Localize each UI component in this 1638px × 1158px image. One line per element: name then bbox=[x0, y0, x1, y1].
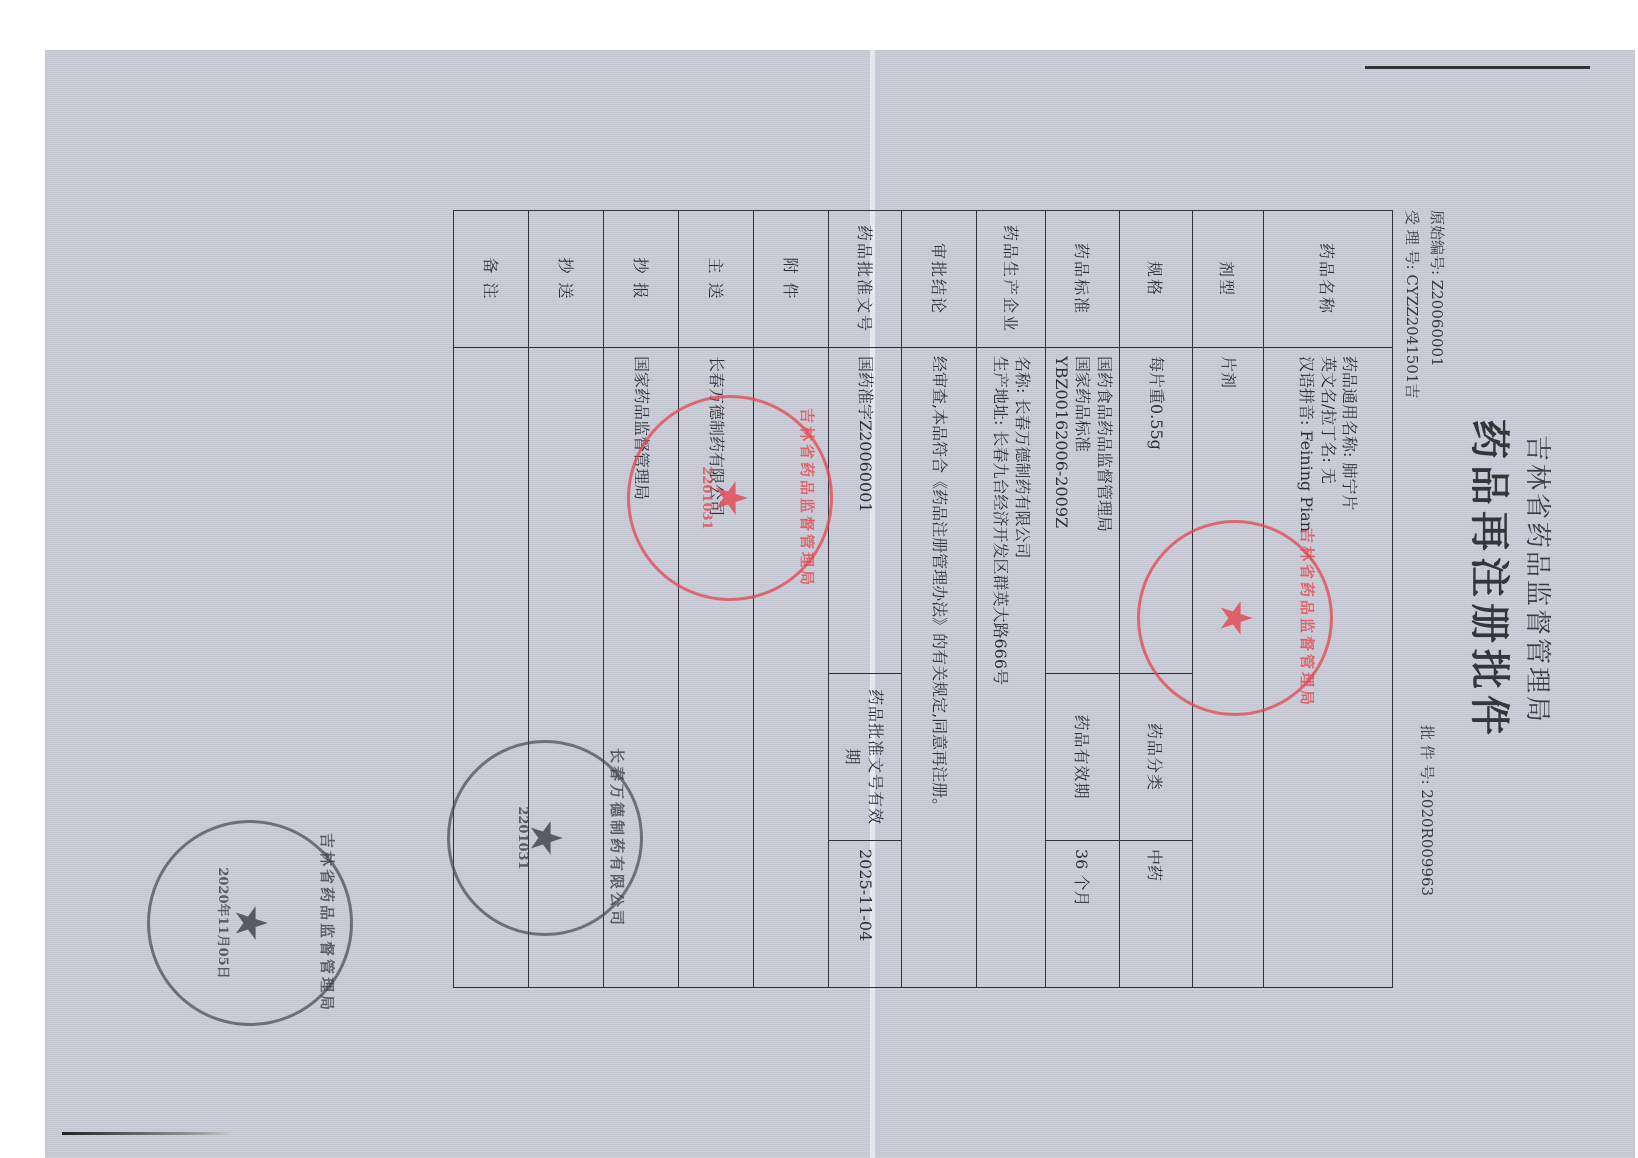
original-number: 原始编号: Z20060001 bbox=[1427, 210, 1448, 367]
table-row: 附 件 bbox=[754, 211, 829, 988]
label-send-to: 主 送 bbox=[679, 211, 754, 348]
value-copy-to bbox=[529, 348, 604, 988]
registration-table: 药品名称 药品通用名称: 肺宁片 英文名/拉丁名: 无 汉语拼音: Feinin… bbox=[453, 210, 1393, 988]
approval-number: 批 件 号: 2020R009963 bbox=[1417, 725, 1438, 896]
table-row: 抄 送 bbox=[529, 211, 604, 988]
label-dosage-form: 剂型 bbox=[1193, 211, 1264, 348]
label-conclusion: 审批结论 bbox=[902, 211, 977, 348]
label-drug-name: 药品名称 bbox=[1264, 211, 1393, 348]
acceptance-number: 受 理 号: CYZZ2041501吉 bbox=[1402, 210, 1423, 398]
value-attachment bbox=[754, 348, 829, 988]
table-row: 药品名称 药品通用名称: 肺宁片 英文名/拉丁名: 无 汉语拼音: Feinin… bbox=[1264, 211, 1393, 988]
table-row: 药品批准文号 国药准字Z20060001 药品批准文号有效期 2025-11-0… bbox=[829, 211, 902, 988]
scan-mark bbox=[62, 1132, 232, 1135]
table-row: 主 送 长春万德制药有限公司 bbox=[679, 211, 754, 988]
value-send-to: 长春万德制药有限公司 bbox=[679, 348, 754, 988]
label-approval-number: 药品批准文号 bbox=[829, 211, 902, 348]
value-approval-number: 国药准字Z20060001 bbox=[829, 348, 902, 674]
table-row: 备 注 bbox=[454, 211, 529, 988]
value-drug-name: 药品通用名称: 肺宁片 英文名/拉丁名: 无 汉语拼音: Feining Pia… bbox=[1264, 348, 1393, 988]
label-category: 药品分类 bbox=[1120, 674, 1193, 841]
value-manufacturer: 名称: 长春万德制药有限公司 生产地址: 长春九台经济开发区群英大路666号 bbox=[977, 348, 1046, 988]
label-attachment: 附 件 bbox=[754, 211, 829, 348]
label-validity: 药品有效期 bbox=[1046, 674, 1120, 841]
table-row: 药品生产企业 名称: 长春万德制药有限公司 生产地址: 长春九台经济开发区群英大… bbox=[977, 211, 1046, 988]
value-specification: 每片重0.55g bbox=[1120, 348, 1193, 674]
value-approval-validity: 2025-11-04 bbox=[829, 841, 902, 988]
table-row: 审批结论 经审查,本品符合《药品注册管理办法》的有关规定,同意再注册。 bbox=[902, 211, 977, 988]
label-specification: 规格 bbox=[1120, 211, 1193, 348]
value-remarks bbox=[454, 348, 529, 988]
value-category: 中药 bbox=[1120, 841, 1193, 988]
issuing-agency: 吉林省药品监督管理局 bbox=[1521, 180, 1558, 980]
table-row: 药品标准 国药食品药品监督管理局 国家药品标准 YBZ00162006-2009… bbox=[1046, 211, 1120, 988]
value-standard: 国药食品药品监督管理局 国家药品标准 YBZ00162006-2009Z bbox=[1046, 348, 1120, 674]
label-remarks: 备 注 bbox=[454, 211, 529, 348]
scan-mark bbox=[1365, 66, 1590, 69]
label-copy-to: 抄 送 bbox=[529, 211, 604, 348]
value-validity: 36 个月 bbox=[1046, 841, 1120, 988]
value-report-to: 国家药品监督管理局 bbox=[604, 348, 679, 988]
table-row: 抄 报 国家药品监督管理局 bbox=[604, 211, 679, 988]
value-dosage-form: 片剂 bbox=[1193, 348, 1264, 988]
approval-document: 吉林省药品监督管理局 药品再注册批件 原始编号: Z20060001 受 理 号… bbox=[303, 180, 1563, 980]
table-row: 剂型 片剂 bbox=[1193, 211, 1264, 988]
table-row: 规格 每片重0.55g 药品分类 中药 bbox=[1120, 211, 1193, 988]
value-conclusion: 经审查,本品符合《药品注册管理办法》的有关规定,同意再注册。 bbox=[902, 348, 977, 988]
label-report-to: 抄 报 bbox=[604, 211, 679, 348]
label-manufacturer: 药品生产企业 bbox=[977, 211, 1046, 348]
label-approval-validity: 药品批准文号有效期 bbox=[829, 674, 902, 841]
label-standard: 药品标准 bbox=[1046, 211, 1120, 348]
document-title: 药品再注册批件 bbox=[1464, 180, 1521, 980]
